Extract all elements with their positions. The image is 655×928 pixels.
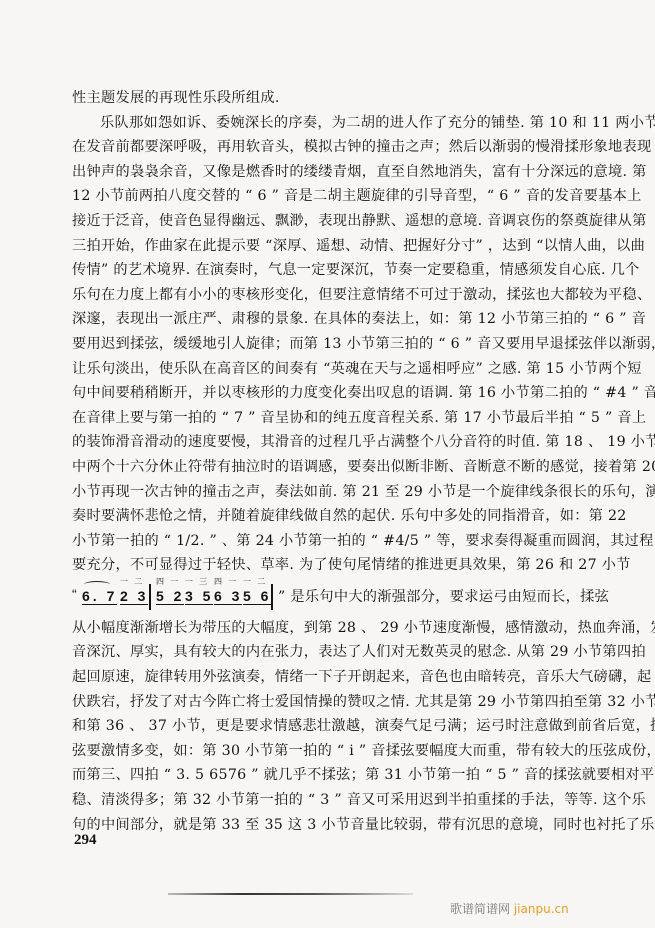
text-line: 起回原速，旋律转用外弦演奏，情绪一下子开朗起来，音色也由暗转亮，音乐大气磅礴，起 xyxy=(72,665,590,690)
fingering-mark: 一 三 xyxy=(185,576,209,587)
text-line: 的装饰滑音滑动的速度要慢，其滑音的过程几乎占满整个八分音符的时值. 第 18 、… xyxy=(72,430,590,455)
fingering-mark: 四 一 xyxy=(214,576,238,587)
text-line: 和第 36 、 37 小节，更是要求情感悲壮激越，演奏气足弓满；运弓时注意做到前… xyxy=(72,714,590,739)
barline xyxy=(271,584,273,610)
text-line: 音深沉、厚实，具有较大的内在张力，表达了人们对无数英灵的慰念. 从第 29 小节… xyxy=(72,640,590,665)
watermark-cn: 歌谱简谱网 xyxy=(450,902,510,916)
watermark: 歌谱简谱网 jianpu.cn xyxy=(450,900,569,917)
text-line: 弦要激情多变，如：第 30 小节第一拍的 “ i ” 音揉弦要幅度大而重，带有较… xyxy=(72,739,590,764)
text-line: 在音律上要与第一拍的 “ 7 ” 音呈协和的纯五度音程关系. 第 17 小节最后… xyxy=(72,406,590,431)
open-quote: “ xyxy=(72,586,77,602)
note-group: 5 6 xyxy=(243,588,271,605)
text-line: 出钟声的袅袅余音，又像是燃香时的缕缕青烟，直至自然地消失，富有十分深远的意境. … xyxy=(72,160,590,185)
text-line: 而第三、四拍 “ 3. 5 6576 ” 就几乎不揉弦；第 31 小节第一拍 “… xyxy=(72,763,590,788)
text-line: 从小幅度渐渐增长为带压的大幅度，到第 28 、 29 小节速度渐慢，感情激动，热… xyxy=(72,616,590,641)
text-line: 接近于泛音，使音色显得幽远、飘渺，表现出静默、遥想的意境. 音调哀伤的祭奠旋律从… xyxy=(72,209,590,234)
text-line: 乐句在力度上都有小小的枣核形变化，但要注意情绪不可过于激动，揉弦也大都较为平稳、 xyxy=(72,283,590,308)
note-group: 6. 7 xyxy=(82,588,117,605)
text-line: 小节第一拍的 “ 1/2. ” 、第 24 小节第一拍的 “ #4/5 ” 等，… xyxy=(72,529,590,554)
jianpu-notation-line: “ 6. 7 一 二 2 3 四 一 5 2 一 三 3 5 四 一 6 3 一… xyxy=(72,580,590,614)
text-line: 深邃，表现出一派庄严、肃穆的景象. 在具体的奏法上，如：第 12 小节第三拍的 … xyxy=(72,307,590,332)
text-line: ” 是乐句中大的渐强部分，要求运弓由短而长，揉弦 xyxy=(278,586,609,606)
note-group: 6 3 xyxy=(214,588,242,605)
text-line: 伏跌宕，抒发了对古今阵亡将士爱国情操的赞叹之情. 尤其是第 29 小节第四拍至第… xyxy=(72,690,590,715)
text-line: 句的中间部分，就是第 33 至 35 这 3 小节音量比较弱，带有沉思的意境，同… xyxy=(72,813,590,838)
footer-rule xyxy=(168,893,413,895)
note-group: 3 5 xyxy=(185,588,213,605)
text-line: 小节再现一次古钟的撞击之声，奏法如前. 第 21 至 29 小节是一个旋律线条很… xyxy=(72,480,590,505)
page-number: 294 xyxy=(74,832,97,849)
text-line: 稳、清淡得多；第 32 小节第一拍的 “ 3 ” 音又可采用迟到半拍重揉的手法，… xyxy=(72,788,590,813)
text-line: 三拍开始，作曲家在此提示要 “深厚、遥想、动情、把握好分寸” ，达到 “以情人曲… xyxy=(72,234,590,259)
barline xyxy=(149,584,151,610)
document-body: 性主题发展的再现性乐段所组成. 乐队那如怨如诉、委婉深长的序奏，为二胡的进人作了… xyxy=(72,86,590,837)
text-line: 性主题发展的再现性乐段所组成. xyxy=(72,86,590,111)
fingering-mark: 一 二 xyxy=(120,576,144,587)
text-line: 奏时要满怀悲怆之情，并随着旋律线做自然的起伏. 乐句中多处的同指滑音，如：第 2… xyxy=(72,504,590,529)
note-group: 2 3 xyxy=(120,588,148,605)
paragraph-start-line: 乐队那如怨如诉、委婉深长的序奏，为二胡的进人作了充分的铺垫. 第 10 和 11… xyxy=(72,111,590,136)
watermark-en: jianpu.cn xyxy=(514,902,569,916)
fingering-mark: 四 一 xyxy=(156,576,180,587)
text-line: 传情” 的艺术境界. 在演奏时，气息一定要深沉，节奏一定要稳重，情感须发自心底.… xyxy=(72,258,590,283)
text-line: 句中间要稍稍断开，并以枣核形的力度变化奏出叹息的语调. 第 16 小节第二拍的 … xyxy=(72,381,590,406)
text-line: 要充分，不可显得过于轻快、草率. 为了使句尾情绪的推进更具效果，第 26 和 2… xyxy=(72,553,590,578)
text-line: 中两个十六分休止符带有抽泣时的语调感，要奏出似断非断、音断意不断的感觉，接着第 … xyxy=(72,455,590,480)
slur-mark xyxy=(84,581,110,588)
text-line: 12 小节前两拍八度交替的 “ 6 ” 音是二胡主题旋律的引导音型，“ 6 ” … xyxy=(72,184,590,209)
text-line: 要用迟到揉弦，缓缓地引人旋律；而第 13 小节第三拍的 “ 6 ” 音又要用早退… xyxy=(72,332,590,357)
text-line: 在发音前都要深呼吸，再用软音头，模拟古钟的撞击之声；然后以渐弱的慢滑揉形象地表现 xyxy=(72,135,590,160)
fingering-mark: 一 二 xyxy=(243,576,267,587)
text-line: 让乐句淡出，使乐队在高音区的间奏有 “英魂在天与之遥相呼应” 之感. 第 15 … xyxy=(72,357,590,382)
note-group: 5 2 xyxy=(156,588,184,605)
